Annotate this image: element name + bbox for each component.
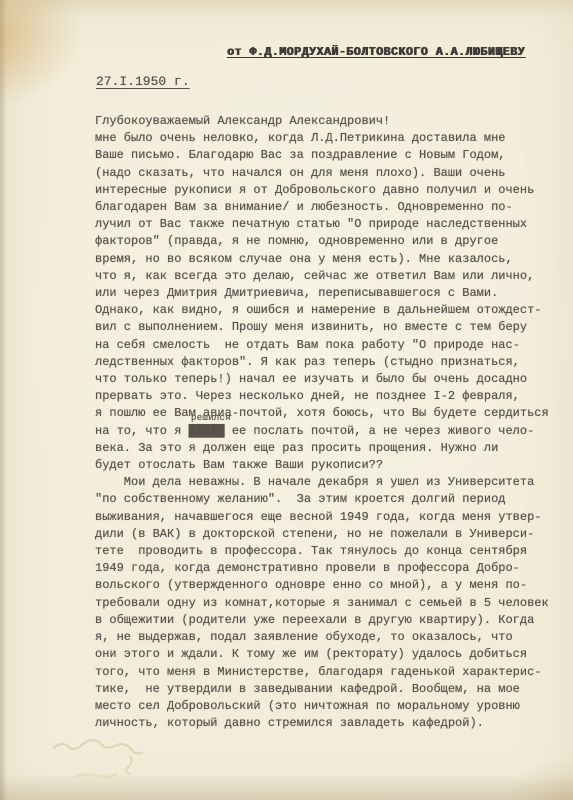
- letter-line: (надо сказать, что начался он для меня п…: [95, 165, 560, 182]
- letter-line: я пошлю ее Вам авиа-почтой, хотя боюсь, …: [95, 405, 560, 422]
- letter-line: интересные рукописи я от Добровольского …: [95, 182, 560, 199]
- letter-line: лучил от Вас также печатную статью "О пр…: [95, 216, 560, 233]
- letter-line: Мои дела неважны. В начале декабря я уше…: [95, 474, 560, 491]
- letter-line: Ваше письмо. Благодарю Вас за поздравлен…: [95, 147, 560, 164]
- letter-line: я, не выдержав, подал заявление обуходе,…: [95, 629, 560, 646]
- letter-line: 1949 года, когда демонстративно провели …: [95, 560, 560, 577]
- letter-line: того, что меня в Министерстве, благодаря…: [95, 664, 560, 681]
- letter-line: Однако, как видно, я ошибся и намерение …: [95, 302, 560, 319]
- letter-line: что только теперь!) начал ее изучать и б…: [95, 371, 560, 388]
- letter-line: века. За это я должен еще раз просить пр…: [95, 440, 560, 457]
- typed-correction-above-redacted-word: решился: [191, 413, 231, 423]
- letter-line: тике, не утвердили в заведывании кафедро…: [95, 681, 560, 698]
- letter-line: мне было очень неловко, когда Л.Д.Петрик…: [95, 130, 560, 147]
- letter-line: на себя смелость не отдать Вам пока рабо…: [95, 337, 560, 354]
- letter-line: выживания, начавшегося еще весной 1949 г…: [95, 509, 560, 526]
- letter-line: в общежитии (родители уже переехали в др…: [95, 612, 560, 629]
- letter-line: дили (в ВАК) в докторской степени, но не…: [95, 526, 560, 543]
- letter-line: на то, что я █████ ее послать почтой, а …: [95, 423, 560, 440]
- letter-line: благодарен Вам за внимание/ и любезность…: [95, 199, 560, 216]
- letter-line: Глубокоуважаемый Александр Александрович…: [95, 113, 560, 130]
- letter-line: факторов" (правда, я не помню, одновреме…: [95, 233, 560, 250]
- letter-line: вольского (утвержденного одновре енно со…: [95, 577, 560, 594]
- letter-line: личность, который давно стремился завлад…: [95, 715, 560, 732]
- letter-line: время, но во всяком случае она у меня ес…: [95, 251, 560, 268]
- letter-line: "по собственному желанию". За этим кроет…: [95, 491, 560, 508]
- letter-line: место сел Добровольский (это ничтожная п…: [95, 698, 560, 715]
- letter-line: тете проводить в профессора. Так тянулос…: [95, 543, 560, 560]
- scanned-letter-page: { "letter": { "header": "от Ф.Д.МОРДУХАЙ…: [0, 0, 573, 800]
- letter-line: вил с выполнением. Прошу меня извинить, …: [95, 319, 560, 336]
- letter-line: они этого и ждали. К тому же им (ректора…: [95, 646, 560, 663]
- letter-line: прервать это. Через несколько дней, не п…: [95, 388, 560, 405]
- letter-line: ледственных факторов". Я как раз теперь …: [95, 354, 560, 371]
- letter-line: будет отослать Вам также Ваши рукописи??: [95, 457, 560, 474]
- letter-header-from-to: от Ф.Д.МОРДУХАЙ-БОЛТОВСКОГО А.А.ЛЮБИЩЕВУ: [227, 46, 525, 59]
- letter-line: требовали одну из комнат,которые я заним…: [95, 595, 560, 612]
- letter-line: что я, как всегда это делаю, сейчас же о…: [95, 268, 560, 285]
- letter-date: 27.I.1950 г.: [96, 74, 190, 89]
- letter-body-text: Глубокоуважаемый Александр Александрович…: [95, 113, 560, 732]
- faint-pencil-scribble: [35, 735, 255, 795]
- letter-line: или через Дмитрия Дмитриевича, переписыв…: [95, 285, 560, 302]
